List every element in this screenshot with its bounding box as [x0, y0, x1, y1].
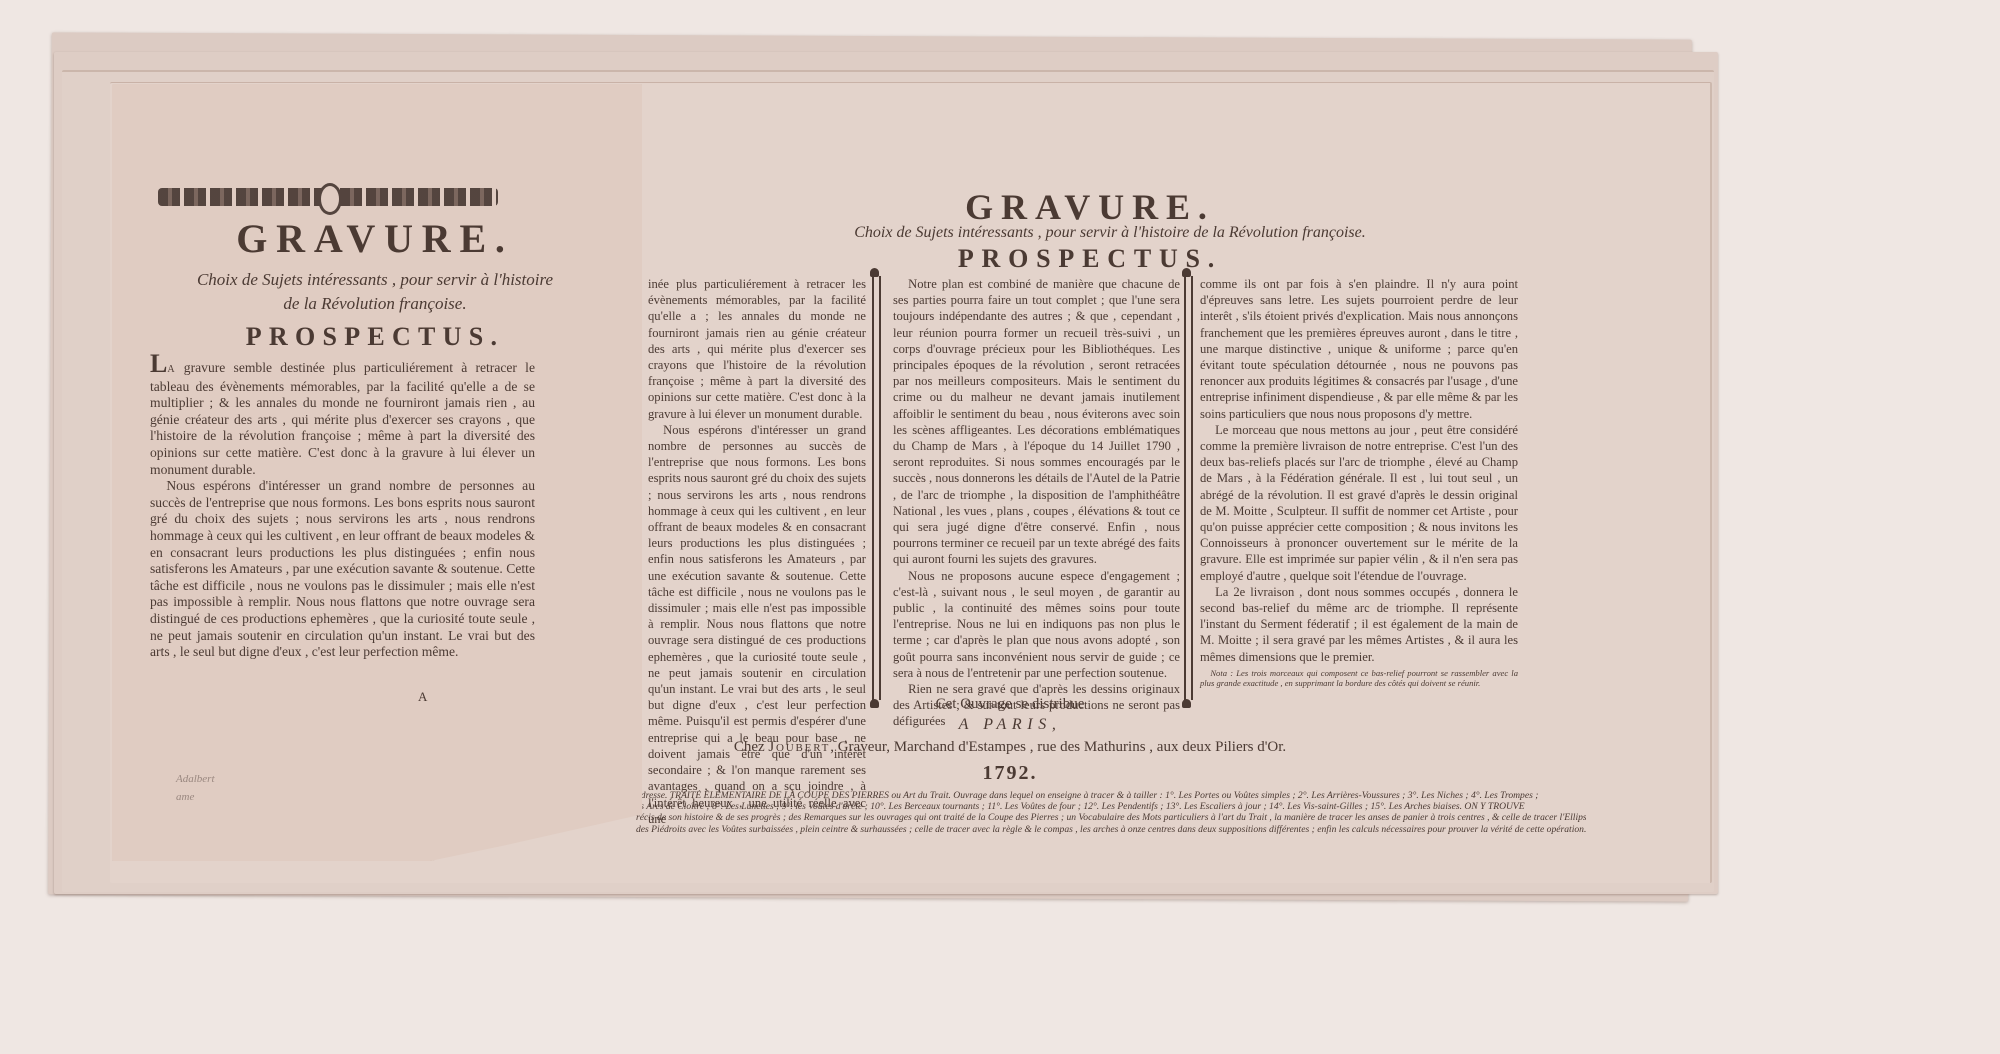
subtitle-line: de la Révolution françoise.: [150, 292, 600, 316]
publisher-address: , Graveur, Marchand d'Estampes , rue des…: [830, 739, 1286, 755]
publisher-prefix: Chez: [734, 739, 769, 755]
colophon: Cet Ouvrage se distribue A PARIS, Chez J…: [680, 694, 1340, 787]
pencil-line: Adalbert: [176, 770, 215, 788]
left-body-text: LA gravure semble destinée plus particul…: [150, 356, 535, 661]
colophon-distribution: Cet Ouvrage se distribue: [680, 694, 1340, 715]
left-title: GRAVURE.: [110, 215, 640, 262]
paragraph: Notre plan est combiné de manière que ch…: [893, 276, 1180, 568]
signature-mark: A: [418, 689, 427, 705]
main-prospectus-heading: PROSPECTUS.: [860, 244, 1320, 274]
nota-footnote: Nota : Les trois morceaux qui composent …: [1200, 668, 1518, 688]
paragraph: Le morceau que nous mettons au jour , pe…: [1200, 422, 1518, 584]
publication-year: 1792.: [680, 759, 1340, 787]
paragraph: inée plus particuliérement à retracer le…: [648, 276, 866, 422]
text-column-2: Notre plan est combiné de manière que ch…: [893, 276, 1180, 730]
header-ornament-band: [158, 188, 498, 206]
pencil-annotation: Adalbert ame: [176, 770, 215, 806]
subtitle-line: Choix de Sujets intéressants , pour serv…: [150, 268, 600, 292]
advertisement-block: adresse. TRAITÉ ÉLÉMENTAIRE DE LA COUPE …: [636, 790, 1586, 835]
paragraph: Nous espérons d'intéresser un grand nomb…: [150, 478, 535, 661]
colophon-publisher: Chez Joubert, Graveur, Marchand d'Estamp…: [680, 735, 1340, 759]
paragraph: Nous ne proposons aucune espece d'engage…: [893, 568, 1180, 681]
paragraph-text: gravure semble destinée plus particuliér…: [150, 360, 535, 477]
paragraph: La 2e livraison , dont nous sommes occup…: [1200, 584, 1518, 665]
column-divider-ornament: [1184, 276, 1193, 700]
advertisement-line: adresse. TRAITÉ ÉLÉMENTAIRE DE LA COUPE …: [636, 790, 1586, 801]
paragraph: comme ils ont par fois à s'en plaindre. …: [1200, 276, 1518, 422]
drop-cap: L: [150, 349, 167, 378]
pencil-line: ame: [176, 788, 215, 806]
advertisement-line: récis de son histoire & de ses progrès ;…: [636, 812, 1586, 823]
publisher-name: Joubert: [768, 739, 830, 755]
main-subtitle: Choix de Sujets intéressants , pour serv…: [700, 224, 1520, 242]
advertisement-line: es Arcs de Cloître ; 8°. Les Lunettes ; …: [636, 801, 1586, 812]
small-cap: A: [167, 364, 175, 375]
main-title: GRAVURE.: [860, 186, 1320, 228]
left-subtitle: Choix de Sujets intéressants , pour serv…: [150, 268, 600, 316]
paragraph: LA gravure semble destinée plus particul…: [150, 356, 535, 478]
colophon-city: A PARIS,: [680, 715, 1340, 735]
advertisement-line: des Piédroits avec les Voûtes surbaissée…: [636, 824, 1586, 835]
column-divider-ornament: [872, 276, 881, 700]
text-column-3: comme ils ont par fois à s'en plaindre. …: [1200, 276, 1518, 688]
left-prospectus-heading: PROSPECTUS.: [110, 322, 640, 352]
